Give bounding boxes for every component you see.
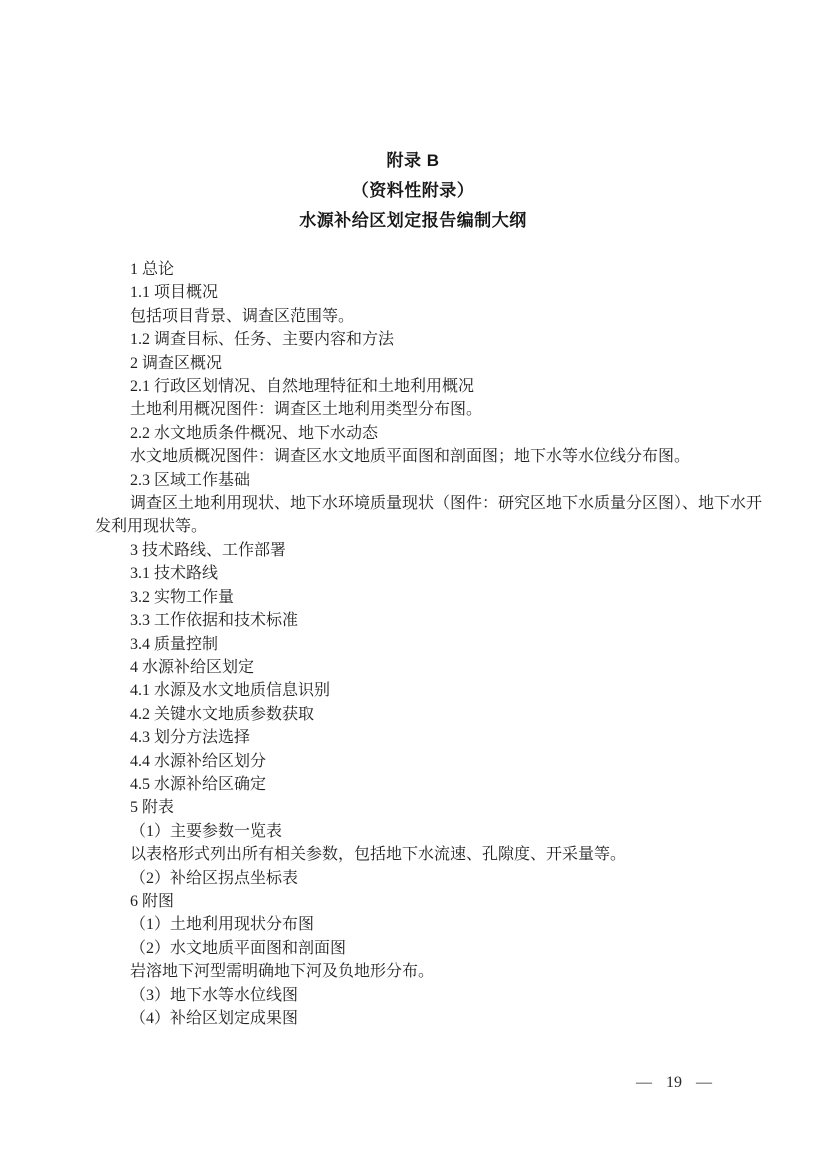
body-line: 4.1 水源及水文地质信息识别 [95,679,740,702]
footer-dash-right: — [696,1073,712,1093]
body-line: 1.1 项目概况 [95,281,740,304]
document-page: 附录 B （资料性附录） 水源补给区划定报告编制大纲 1 总论1.1 项目概况包… [0,0,826,1169]
body-line: 调查区土地利用现状、地下水环境质量现状（图件：研究区地下水质量分区图）、地下水开 [95,492,740,515]
body-line: 1.2 调查目标、任务、主要内容和方法 [95,328,740,351]
body-line: （4）补给区划定成果图 [95,1007,740,1030]
body-line: （1）主要参数一览表 [95,820,740,843]
body-line: 2 调查区概况 [95,352,740,375]
outline-body: 1 总论1.1 项目概况包括项目背景、调查区范围等。1.2 调查目标、任务、主要… [95,258,740,1030]
appendix-title: 附录 B [0,146,826,176]
body-line: （1）土地利用现状分布图 [95,913,740,936]
body-line: 2.1 行政区划情况、自然地理特征和土地利用概况 [95,375,740,398]
body-line: （2）补给区拐点坐标表 [95,867,740,890]
title-block: 附录 B （资料性附录） 水源补给区划定报告编制大纲 [0,146,826,236]
body-line: 以表格形式列出所有相关参数，包括地下水流速、孔隙度、开采量等。 [95,843,740,866]
body-line: 4.2 关键水文地质参数获取 [95,703,740,726]
body-line: 4.3 划分方法选择 [95,726,740,749]
body-line: 岩溶地下河型需明确地下河及负地形分布。 [95,960,740,983]
footer-dash-left: — [636,1073,652,1093]
body-line: 2.3 区域工作基础 [95,469,740,492]
body-line: （3）地下水等水位线图 [95,984,740,1007]
body-line: 2.2 水文地质条件概况、地下水动态 [95,422,740,445]
body-line: 4.5 水源补给区确定 [95,773,740,796]
body-line: 发利用现状等。 [95,515,740,538]
body-line: 3.3 工作依据和技术标准 [95,609,740,632]
page-title: 水源补给区划定报告编制大纲 [0,206,826,236]
body-line: 3.2 实物工作量 [95,586,740,609]
body-line: 水文地质概况图件：调查区水文地质平面图和剖面图；地下水等水位线分布图。 [95,445,740,468]
body-line: 1 总论 [95,258,740,281]
body-line: 6 附图 [95,890,740,913]
body-line: 3.1 技术路线 [95,562,740,585]
body-line: 4 水源补给区划定 [95,656,740,679]
body-line: 包括项目背景、调查区范围等。 [95,305,740,328]
page-number: 19 [666,1073,682,1093]
body-line: 3 技术路线、工作部署 [95,539,740,562]
page-footer: — 19 — [636,1073,712,1093]
body-line: 3.4 质量控制 [95,633,740,656]
body-line: 土地利用概况图件：调查区土地利用类型分布图。 [95,398,740,421]
body-line: 5 附表 [95,796,740,819]
body-line: （2）水文地质平面图和剖面图 [95,937,740,960]
appendix-note: （资料性附录） [0,176,826,206]
body-line: 4.4 水源补给区划分 [95,750,740,773]
